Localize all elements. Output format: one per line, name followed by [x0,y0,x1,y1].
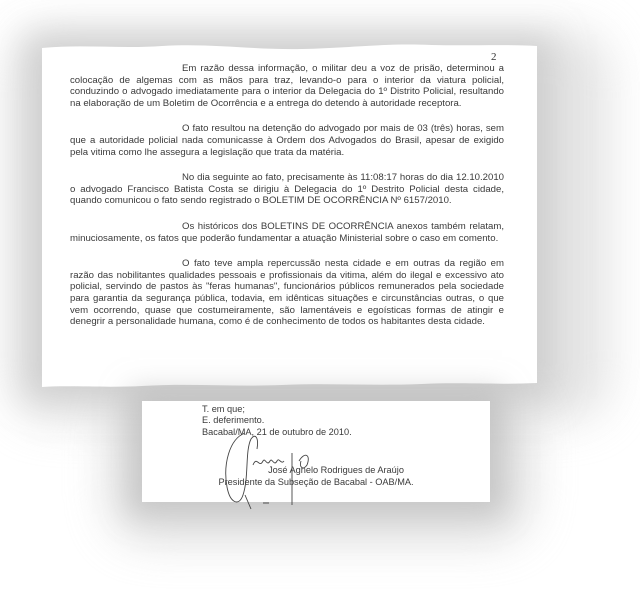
paragraph: No dia seguinte ao fato, precisamente às… [70,172,504,207]
paragraph: Em razão dessa informação, o militar deu… [70,63,504,109]
closing-line: T. em que; [202,404,352,415]
page-number: 2 [491,51,497,63]
handwritten-signature-icon [215,425,325,510]
torn-bottom-edge [42,378,537,392]
paragraph: Os históricos dos BOLETINS DE OCORRÊNCIA… [70,221,504,244]
paragraph: O fato teve ampla repercussão nesta cida… [70,258,504,328]
paragraph: O fato resultou na detenção do advogado … [70,123,504,158]
torn-top-edge [42,40,537,56]
document-body: Em razão dessa informação, o militar deu… [70,63,504,342]
